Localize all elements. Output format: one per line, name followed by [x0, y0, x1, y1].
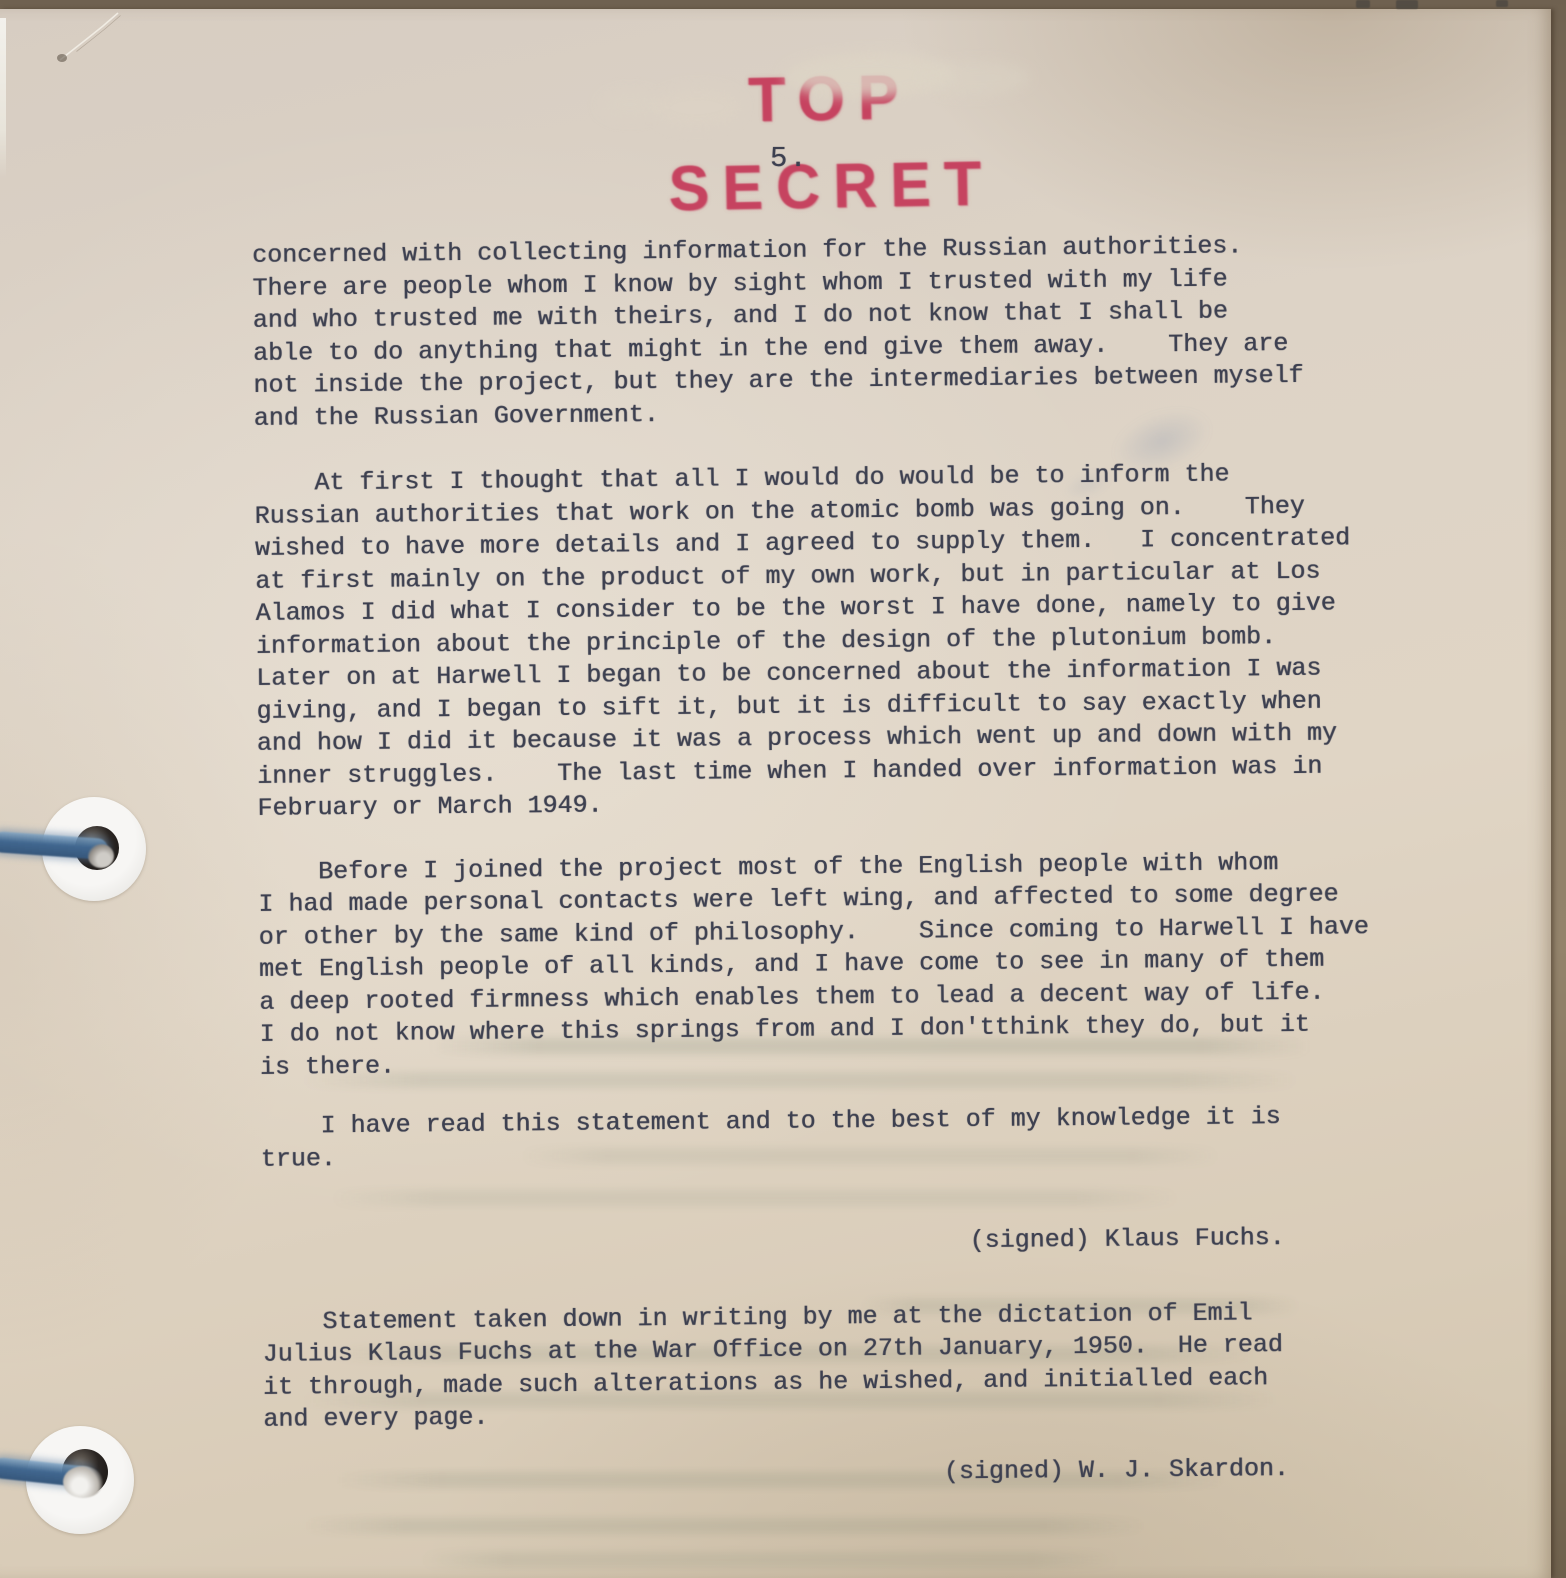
scanned-document-scene: TOP SECRET 5. concerned with collecting …: [0, 0, 1566, 1578]
paragraph-2: At first I thought that all I would do w…: [254, 456, 1517, 826]
bleed-through-line: [420, 1552, 1120, 1568]
eyelet-highlight: [63, 1466, 103, 1498]
paragraph-3: Before I joined the project most of the …: [258, 844, 1520, 1084]
backdrop-ink-mark: [1396, 0, 1418, 9]
paragraph-1: concerned with collecting information fo…: [252, 228, 1514, 435]
paragraph-4: I have read this statement and to the be…: [260, 1099, 1521, 1176]
page-behind-edge: [0, 18, 6, 178]
signature-w-j-skardon: (signed) W. J. Skardon.: [944, 1450, 1524, 1488]
paragraph-5: Statement taken down in writing by me at…: [262, 1294, 1523, 1436]
backdrop-ink-mark: [1496, 0, 1508, 7]
typewritten-text: concerned with collecting information fo…: [252, 228, 1524, 1495]
backdrop-ink-mark: [1356, 0, 1370, 8]
top-secret-stamp: TOP SECRET: [589, 54, 1070, 150]
bleed-through-line: [300, 1518, 1150, 1534]
page-number: 5.: [770, 142, 850, 175]
eyelet-highlight: [88, 844, 114, 868]
signature-klaus-fuchs: (signed) Klaus Fuchs.: [969, 1220, 1521, 1258]
